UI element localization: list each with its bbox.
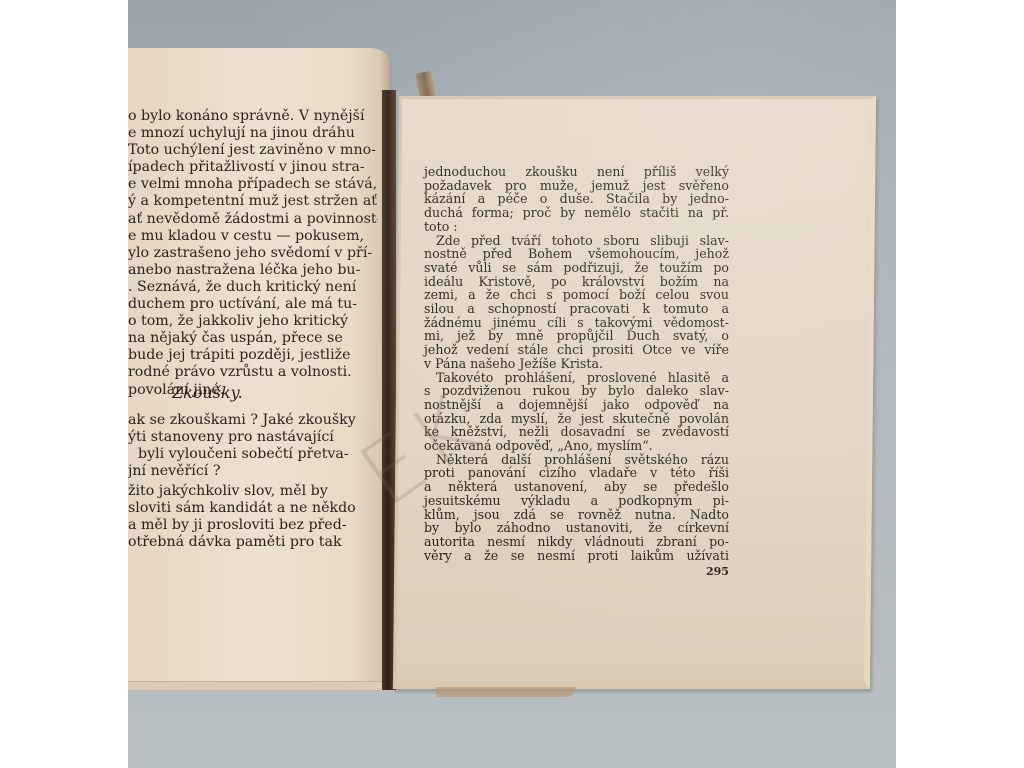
text-line: ať nevědomě žádostmi a povinnost- [128,211,378,228]
text-line: kázání a péče o duše. Stačila by jedno- [424,192,729,206]
text-line: ylo zastrašeno jeho svědomí v pří- [128,245,378,262]
text-line: Toto uchýlení jest zaviněno v mno- [128,142,378,159]
text-line: jednoduchou zkoušku není příliš velký [424,165,729,179]
text-line: a měl by ji prosloviti bez před- [128,517,383,534]
text-line: toto : [424,220,729,234]
text-line: o tom, že jakkoliv jeho kritický [128,313,378,330]
text-line: jní nevěřící ? [128,463,383,480]
text-line: věry a že se nesmí proti laikům užívati [424,549,729,563]
text-line: povolání jiné. [128,382,378,399]
text-line: svaté vůli se sám podřizuji, že toužím p… [424,261,729,275]
text-line: bude jej trápiti později, jestliže [128,347,378,364]
text-line: jesuitskému výkladu a podkopným pi- [424,494,729,508]
left-page-paragraph-1: o bylo konáno správně. V nynější e mnozí… [128,108,378,399]
text-line: anebo nastražena léčka jeho bu- [128,262,378,279]
text-line: e mnozí uchylují na jinou dráhu [128,125,378,142]
text-line: Takovéto prohlášení, proslovené hlasitě … [424,371,729,385]
text-line: o bylo konáno správně. V nynější [128,108,378,125]
book-photo: o bylo konáno správně. V nynější e mnozí… [128,0,896,768]
text-line: rodné právo vzrůstu a volnosti. [128,364,378,381]
text-line: ípadech přitažlivostí v jinou stra- [128,159,378,176]
text-line: mi, jež by mně propůjčil Duch svatý, o [424,329,729,343]
text-line: otřebná dávka paměti pro tak [128,534,383,551]
text-line: a některá ustanovení, aby se předešlo [424,480,729,494]
text-line: duchem pro uctívání, ale má tu- [128,296,378,313]
text-line: by bylo záhodno ustanoviti, že církevní [424,521,729,535]
text-line: sloviti sám kandidát a ne někdo [128,500,383,517]
text-line: Zde před tváří tohoto sboru slibuji slav… [424,234,729,248]
left-page-edge [128,681,382,690]
text-line: autorita nesmí nikdy vládnouti zbraní po… [424,535,729,549]
text-line: na nějaký čas uspán, přece se [128,330,378,347]
page-number: 295 [706,565,729,578]
page-tear [436,687,576,697]
right-page-text: jednoduchou zkoušku není příliš velký po… [424,165,729,562]
text-line: jehož vedení stále chci prositi Otce ve … [424,343,729,357]
text-line: ideálu Kristově, po království božím na [424,275,729,289]
text-line: s pozdviženou rukou by bylo daleko slav- [424,384,729,398]
text-line: klům, jsou zdá se rovněž nutna. Nadto [424,508,729,522]
text-line: duchá forma; proč by nemělo stačiti na p… [424,206,729,220]
text-line: nostnější a dojemnější jako odpověď na [424,398,729,412]
text-line: . Seznává, že duch kritický není [128,279,378,296]
text-line: silou a schopností pracovati k tomuto a [424,302,729,316]
text-line: ý a kompetentní muž jest stržen ať [128,193,378,210]
section-heading: Zkoušky. [172,383,243,402]
text-line: ak se zkouškami ? Jaké zkoušky [128,412,383,429]
text-line: v Pána našeho Ježíše Krista. [424,357,729,371]
left-page-paragraph-3: žito jakýchkoliv slov, měl by sloviti sá… [128,483,383,551]
text-line: e velmi mnoha případech se stává, [128,176,378,193]
text-line: žito jakýchkoliv slov, měl by [128,483,383,500]
text-line: nostně před Bohem všemohoucím, jehož [424,247,729,261]
text-line: žádnému jinému cíli s takovými vědomost- [424,316,729,330]
text-line: e mu kladou v cestu — pokusem, [128,228,378,245]
text-line: zemi, a že chci s pomocí boží celou svou [424,288,729,302]
text-line: požadavek pro muže, jemuž jest svěřeno [424,179,729,193]
